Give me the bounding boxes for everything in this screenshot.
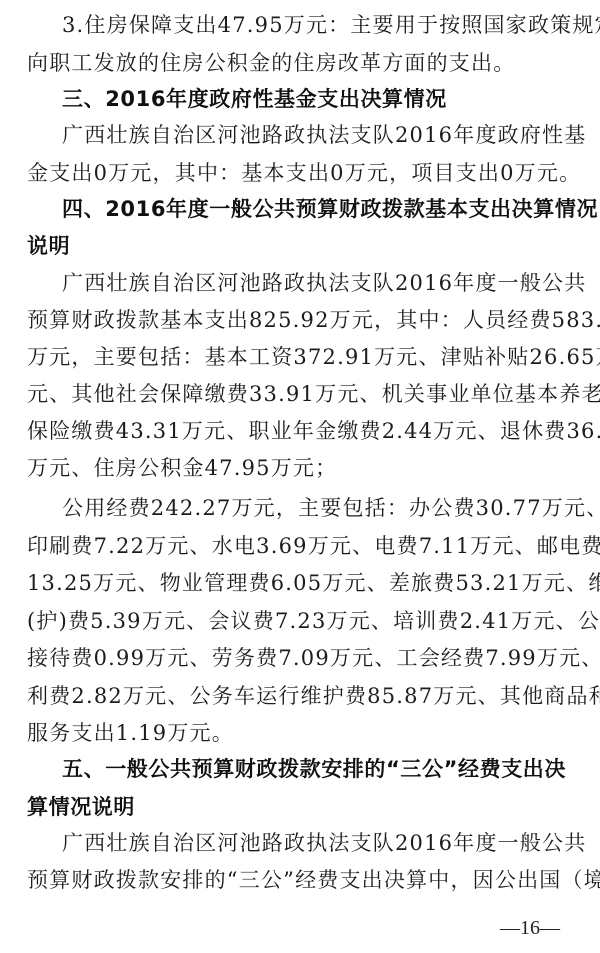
text-line-basic-expense: 广西壮族自治区河池路政执法支队2016年度一般公共: [62, 270, 586, 296]
text-line-maintenance: (护)费5.39万元、会议费7.23万元、培训费2.41万元、公务: [27, 608, 600, 634]
section-heading-3-fund-expense: 三、2016年度政府性基金支出决算情况: [62, 86, 447, 112]
text-line-public-expense: 公用经费242.27万元，主要包括：办公费30.77万元、: [62, 495, 600, 521]
text-line-housing-expense-cont: 向职工发放的住房公积金的住房改革方面的支出。: [27, 50, 515, 76]
text-line-salary: 万元，主要包括：基本工资372.91万元、津贴补贴26.65万: [27, 344, 600, 370]
text-line-social-security: 元、其他社会保障缴费33.91万元、机关事业单位基本养老: [27, 381, 600, 407]
section-heading-4-basic-expense-cont: 说明: [27, 233, 70, 259]
text-line-housing-fund: 万元、住房公积金47.95万元；: [27, 455, 337, 481]
text-line-other-services: 服务支出1.19万元。: [27, 720, 234, 746]
section-heading-5-three-public-cont: 算情况说明: [27, 794, 135, 820]
text-line-three-public: 广西壮族自治区河池路政执法支队2016年度一般公共: [62, 830, 586, 856]
text-line-personnel-expense: 预算财政拨款基本支出825.92万元，其中：人员经费583.65: [27, 307, 600, 333]
text-line-property-travel: 13.25万元、物业管理费6.05万元、差旅费53.21万元、维修: [27, 570, 600, 596]
text-line-three-public-cont: 预算财政拨款安排的“三公”经费支出决算中，因公出国（境）: [27, 867, 600, 893]
section-heading-5-three-public: 五、一般公共预算财政拨款安排的“三公”经费支出决: [62, 756, 566, 782]
page-number: —16—: [500, 916, 560, 940]
text-line-pension: 保险缴费43.31万元、职业年金缴费2.44万元、退休费36.62: [27, 418, 600, 444]
text-line-housing-expense: 3.住房保障支出47.95万元：主要用于按照国家政策规定: [62, 12, 600, 38]
text-line-fund-expense: 广西壮族自治区河池路政执法支队2016年度政府性基: [62, 122, 586, 148]
text-line-welfare: 利费2.82万元、公务车运行维护费85.87万元、其他商品和: [27, 683, 600, 709]
section-heading-4-basic-expense: 四、2016年度一般公共预算财政拨款基本支出决算情况: [62, 196, 598, 222]
text-line-printing: 印刷费7.22万元、水电3.69万元、电费7.11万元、邮电费: [27, 533, 600, 559]
text-line-fund-expense-cont: 金支出0万元，其中：基本支出0万元，项目支出0万元。: [27, 160, 581, 186]
text-line-reception: 接待费0.99万元、劳务费7.09万元、工会经费7.99万元、福: [27, 645, 600, 671]
document-page: 3.住房保障支出47.95万元：主要用于按照国家政策规定 向职工发放的住房公积金…: [0, 0, 600, 953]
